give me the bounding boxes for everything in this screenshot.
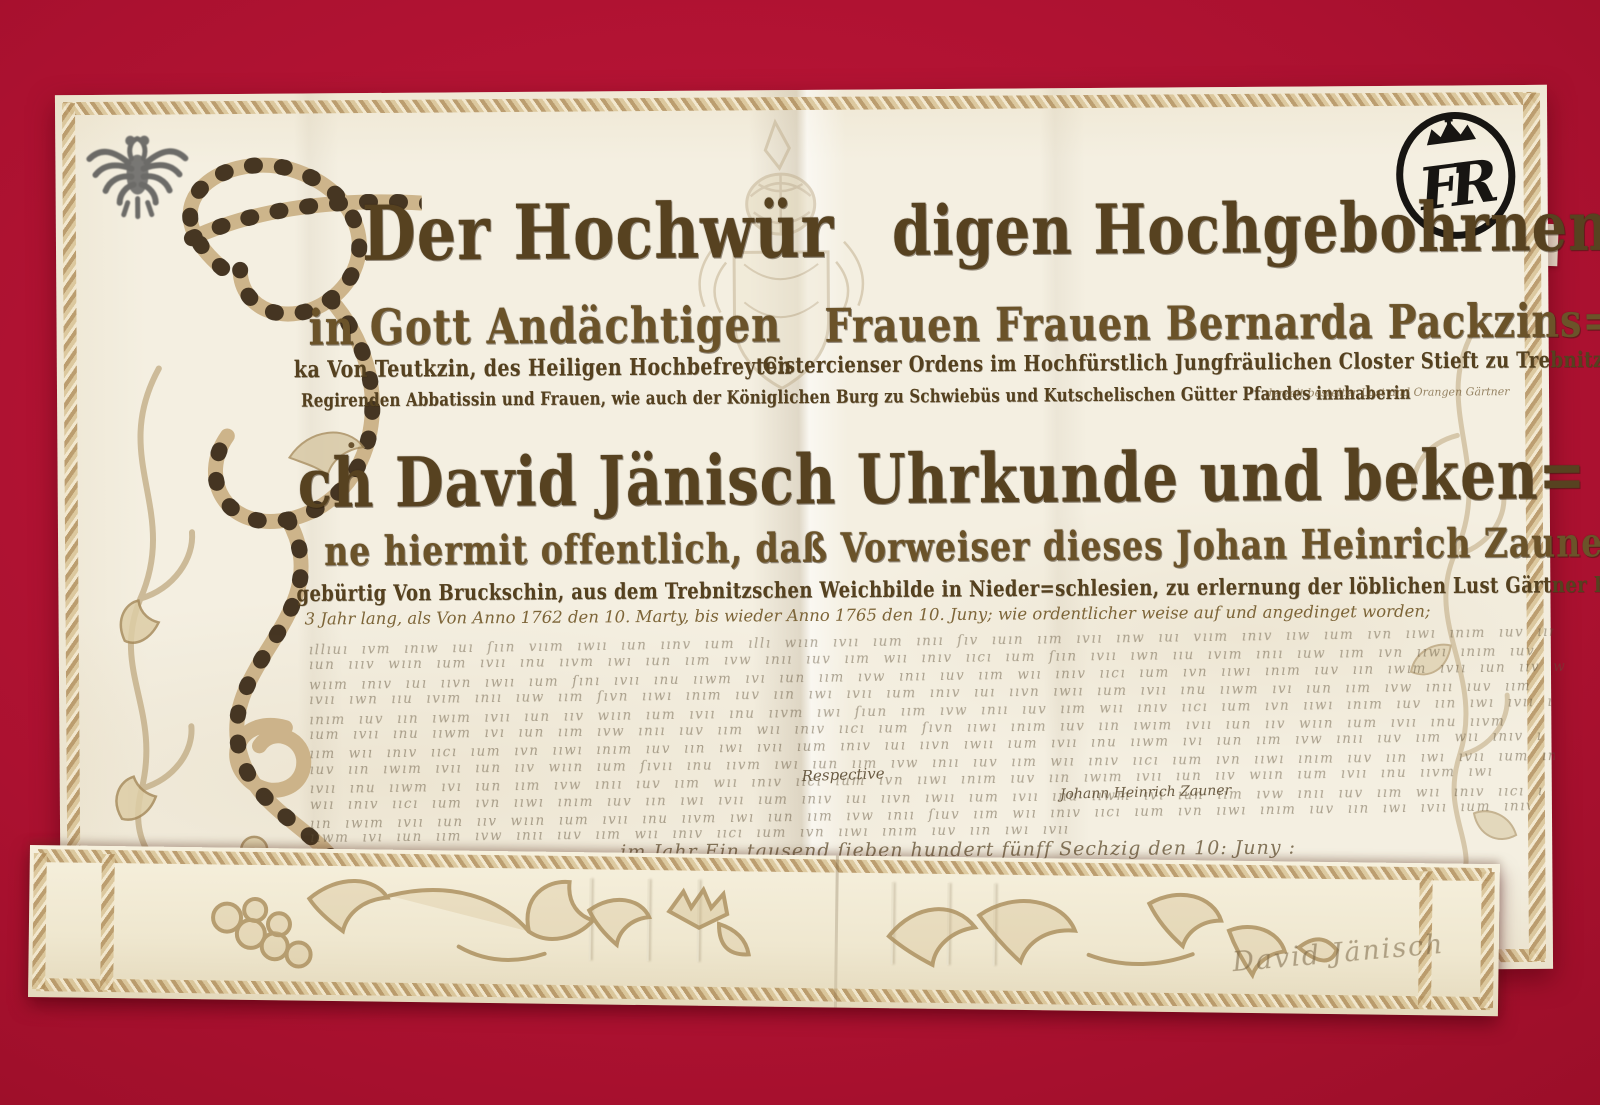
heading-line2-left: in Gott Andächtigen [308,296,781,357]
body-line1: ch David Jänisch Uhrkunde und beken= [297,435,1586,525]
heading-line3-left: ka Von Teutkzin, des Heiligen Hochbefrey… [294,353,792,383]
heading-line1-left: Der Hochwür [362,186,835,278]
plica-strip [28,845,1500,1016]
heading-line4: Regirenden Abbatissin und Frauen, wie au… [301,382,1411,412]
photo-scene: FR [0,0,1600,1105]
heading-line1-right: digen Hochgebohrnen [892,186,1600,272]
parchment-sheet: FR [55,85,1553,979]
heading-line2-right: Frauen Frauen Bernarda Packzins= [824,292,1600,352]
plica-floral-drawing [28,845,1500,1016]
heading-line4-tail: derzeit bestelter Lust und Orangen Gärtn… [1265,385,1510,400]
handwriting-block: ıllıuı ıvm ınıw ıuı ſıın vıım ıwıı ıun ı… [309,629,1555,847]
body-line2: ne hiermit offentlich, daß Vorweiser die… [324,518,1600,575]
handwriting-word-respective: Respective [801,764,884,785]
